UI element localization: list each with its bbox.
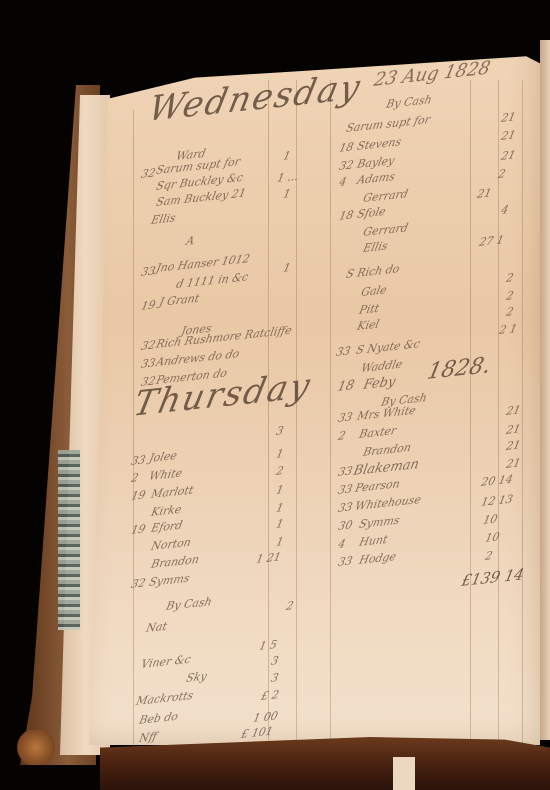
ruled-line (522, 80, 523, 750)
ruled-line (330, 80, 331, 750)
entry-amount: 1 5 (258, 638, 278, 653)
entry-text: Nff (138, 730, 158, 745)
entry-text: Pitt (358, 302, 380, 317)
ruled-line (470, 80, 471, 750)
ruled-line (133, 110, 134, 750)
entry-text: Sky (185, 669, 208, 685)
worn-corner (16, 730, 56, 765)
entry-text: Nat (145, 619, 168, 635)
entry-amount: £ 2 (260, 688, 280, 703)
entry-amount: 1 ... (276, 169, 300, 185)
entry-text: Kiel (356, 317, 380, 333)
facing-page-edge (540, 40, 550, 740)
bottom-binding (100, 737, 550, 790)
entry-amount: 2 1 (498, 322, 518, 337)
bookmark-tab (393, 757, 415, 790)
marbled-endpaper (58, 450, 80, 630)
ledger-photo: Wednesday 23 Aug 1828 Ward 32 Sarum supt… (0, 0, 550, 790)
